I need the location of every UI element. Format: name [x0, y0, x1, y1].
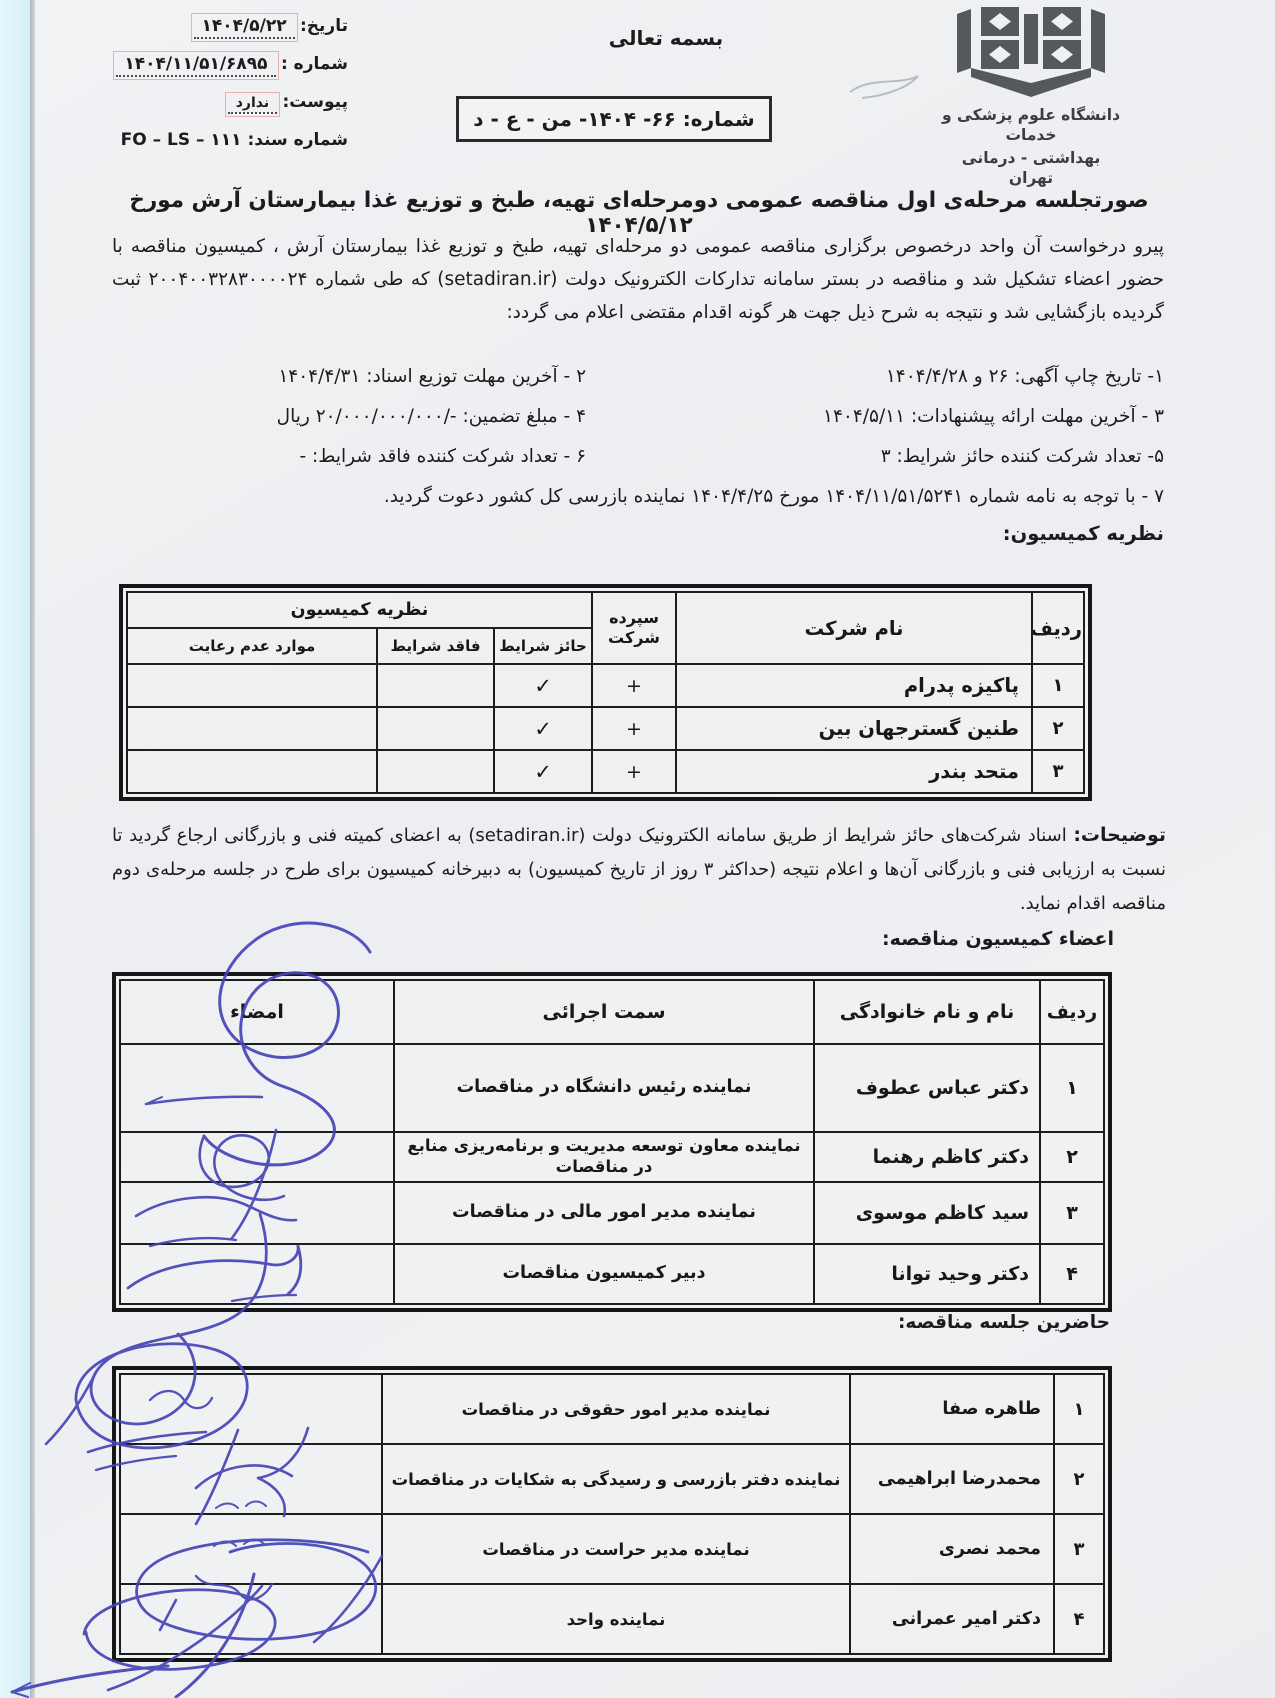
attendee-position: نماینده مدیر امور حقوقی در مناقصات: [382, 1374, 850, 1444]
col-deposit: سپرده شرکت: [592, 592, 676, 664]
signature-cell: [120, 1132, 394, 1182]
table-row: ۳ محمد نصری نماینده مدیر حراست در مناقصا…: [120, 1514, 1104, 1584]
col-position: سمت اجرائی: [394, 980, 814, 1044]
unqualified-cell: [377, 664, 494, 707]
notes-text: اسناد شرکت‌های حائز شرایط از طریق سامانه…: [112, 825, 1166, 914]
table-row: ۲ محمدرضا ابراهیمی نماینده دفتر بازرسی و…: [120, 1444, 1104, 1514]
table-row: ۲ طنین گسترجهان بین + ✓: [127, 707, 1084, 750]
radif-cell: ۳: [1040, 1182, 1104, 1244]
radif-cell: ۲: [1040, 1132, 1104, 1182]
col-unqualified: فاقد شرایط: [377, 628, 494, 664]
qualified-checkmark: ✓: [494, 707, 592, 750]
radif-cell: ۴: [1054, 1584, 1104, 1654]
radif-cell: ۳: [1032, 750, 1084, 793]
signature-cell: [120, 1444, 382, 1514]
scanned-document-page: تاریخ: ۱۴۰۴/۵/۲۲ شماره : ۱۴۰۴/۱۱/۵۱/۶۸۹۵…: [0, 0, 1275, 1698]
number-value: ۱۴۰۴/۱۱/۵۱/۶۸۹۵: [116, 54, 275, 77]
radif-cell: ۱: [1040, 1044, 1104, 1132]
university-name-line1: دانشگاه علوم پزشکی و خدمات: [938, 105, 1124, 145]
company-cell: پاکیزه پدرام: [676, 664, 1032, 707]
items-column-left: ۲ - آخرین مهلت توزیع اسناد: ۱۴۰۴/۴/۳۱ ۴ …: [118, 366, 586, 486]
meta-attachment-line: پیوست: ندارد: [36, 92, 348, 119]
radif-cell: ۱: [1054, 1374, 1104, 1444]
bismillah-text: بسمه تعالی: [606, 26, 726, 50]
opinion-table: ردیف نام شرکت سپرده شرکت نظریه کمیسیون ح…: [119, 584, 1092, 801]
company-cell: متحد بندر: [676, 750, 1032, 793]
item-4: ۴ - مبلغ تضمین: -/۲۰/۰۰۰/۰۰۰/۰۰۰ ریال: [118, 406, 586, 446]
item-3: ۳ - آخرین مهلت ارائه پیشنهادات: ۱۴۰۴/۵/۱…: [640, 406, 1164, 446]
member-position: نماینده رئیس دانشگاه در مناقصات: [394, 1044, 814, 1132]
number-label: شماره :: [281, 54, 348, 74]
scanner-background-strip: [0, 0, 30, 1698]
noncompliance-cell: [127, 750, 377, 793]
member-name: سید کاظم موسوی: [814, 1182, 1040, 1244]
signature-cell: [120, 1514, 382, 1584]
radif-cell: ۲: [1032, 707, 1084, 750]
deposit-cell: +: [592, 707, 676, 750]
table-row: ۳ سید کاظم موسوی نماینده مدیر امور مالی …: [120, 1182, 1104, 1244]
member-position: نماینده معاون توسعه مدیریت و برنامه‌ریزی…: [394, 1132, 814, 1182]
radif-cell: ۱: [1032, 664, 1084, 707]
col-opinion-group: نظریه کمیسیون: [127, 592, 592, 628]
noncompliance-cell: [127, 707, 377, 750]
col-signature: امضاء: [120, 980, 394, 1044]
reference-number-box: شماره: ۶۶- ۱۴۰۴- من - ع - د: [456, 96, 772, 142]
item-1: ۱- تاریخ چاپ آگهی: ۲۶ و ۱۴۰۴/۴/۲۸: [640, 366, 1164, 406]
items-column-right: ۱- تاریخ چاپ آگهی: ۲۶ و ۱۴۰۴/۴/۲۸ ۳ - آخ…: [640, 366, 1164, 486]
unqualified-cell: [377, 707, 494, 750]
intro-paragraph: پیرو درخواست آن واحد درخصوص برگزاری مناق…: [112, 230, 1164, 329]
members-heading: اعضاء کمیسیون مناقصه:: [714, 928, 1114, 950]
table-row: ۳ متحد بندر + ✓: [127, 750, 1084, 793]
table-row: ۲ دکتر کاظم رهنما نماینده معاون توسعه مد…: [120, 1132, 1104, 1182]
noncompliance-cell: [127, 664, 377, 707]
paper-edge-shadow: [30, 0, 35, 1698]
attendee-position: نماینده مدیر حراست در مناقصات: [382, 1514, 850, 1584]
item-7: ۷ - با توجه به نامه شماره ۱۴۰۴/۱۱/۵۱/۵۲۴…: [118, 486, 1164, 507]
signature-cell: [120, 1374, 382, 1444]
unqualified-cell: [377, 750, 494, 793]
member-name: دکتر وحید توانا: [814, 1244, 1040, 1304]
radif-cell: ۲: [1054, 1444, 1104, 1514]
attendees-table: ۱ طاهره صفا نماینده مدیر امور حقوقی در م…: [112, 1366, 1112, 1662]
table-row: ۱ دکتر عباس عطوف نماینده رئیس دانشگاه در…: [120, 1044, 1104, 1132]
table-row: ۱ پاکیزه پدرام + ✓: [127, 664, 1084, 707]
signature-cell: [120, 1584, 382, 1654]
signature-cell: [120, 1244, 394, 1304]
qualified-checkmark: ✓: [494, 664, 592, 707]
attendee-position: نماینده واحد: [382, 1584, 850, 1654]
col-radif: ردیف: [1040, 980, 1104, 1044]
opinion-heading: نظریه کمیسیون:: [764, 522, 1164, 545]
member-position: نماینده مدیر امور مالی در مناقصات: [394, 1182, 814, 1244]
attendees-heading: حاضرین جلسه مناقصه:: [714, 1312, 1110, 1333]
signature-cell: [120, 1044, 394, 1132]
member-position: دبیر کمیسیون مناقصات: [394, 1244, 814, 1304]
members-table: ردیف نام و نام خانوادگی سمت اجرائی امضاء…: [112, 972, 1112, 1312]
notes-paragraph: توضیحات: اسناد شرکت‌های حائز شرایط از طر…: [112, 818, 1166, 921]
radif-cell: ۴: [1040, 1244, 1104, 1304]
date-value: ۱۴۰۴/۵/۲۲: [194, 16, 295, 39]
attendee-name: محمدرضا ابراهیمی: [850, 1444, 1054, 1514]
table-row: ۱ طاهره صفا نماینده مدیر امور حقوقی در م…: [120, 1374, 1104, 1444]
attendee-name: دکتر امیر عمرانی: [850, 1584, 1054, 1654]
col-qualified: حائز شرایط: [494, 628, 592, 664]
date-label: تاریخ:: [300, 16, 348, 36]
item-2: ۲ - آخرین مهلت توزیع اسناد: ۱۴۰۴/۴/۳۱: [118, 366, 586, 406]
university-name-line2: بهداشتی - درمانی تهران: [938, 148, 1124, 188]
attachment-value: ندارد: [228, 95, 277, 114]
col-radif: ردیف: [1032, 592, 1084, 664]
table-row: ۴ دکتر وحید توانا دبیر کمیسیون مناقصات: [120, 1244, 1104, 1304]
item-5: ۵- تعداد شرکت کننده حائز شرایط: ۳: [640, 446, 1164, 486]
attachment-label: پیوست:: [283, 92, 349, 112]
qualified-checkmark: ✓: [494, 750, 592, 793]
deposit-cell: +: [592, 750, 676, 793]
table-row: ۴ دکتر امیر عمرانی نماینده واحد: [120, 1584, 1104, 1654]
attendee-name: محمد نصری: [850, 1514, 1054, 1584]
scan-pen-mark: [850, 76, 918, 98]
member-name: دکتر کاظم رهنما: [814, 1132, 1040, 1182]
member-name: دکتر عباس عطوف: [814, 1044, 1040, 1132]
signature-cell: [120, 1182, 394, 1244]
university-logo: [955, 6, 1107, 98]
col-name: نام و نام خانوادگی: [814, 980, 1040, 1044]
col-company: نام شرکت: [676, 592, 1032, 664]
meta-block: تاریخ: ۱۴۰۴/۵/۲۲ شماره : ۱۴۰۴/۱۱/۵۱/۶۸۹۵…: [36, 16, 348, 168]
company-cell: طنین گسترجهان بین: [676, 707, 1032, 750]
notes-label: توضیحات:: [1073, 824, 1166, 846]
item-6: ۶ - تعداد شرکت کننده فاقد شرایط: -: [118, 446, 586, 486]
attendee-position: نماینده دفتر بازرسی و رسیدگی به شکایات د…: [382, 1444, 850, 1514]
meta-date-line: تاریخ: ۱۴۰۴/۵/۲۲: [36, 16, 348, 43]
meta-number-line: شماره : ۱۴۰۴/۱۱/۵۱/۶۸۹۵: [36, 54, 348, 81]
radif-cell: ۳: [1054, 1514, 1104, 1584]
doc-number: شماره سند: FO – LS – ۱۱۱: [36, 130, 348, 157]
deposit-cell: +: [592, 664, 676, 707]
university-logo-block: دانشگاه علوم پزشکی و خدمات بهداشتی - درم…: [938, 6, 1124, 189]
col-noncompliance: موارد عدم رعایت: [127, 628, 377, 664]
attendee-name: طاهره صفا: [850, 1374, 1054, 1444]
